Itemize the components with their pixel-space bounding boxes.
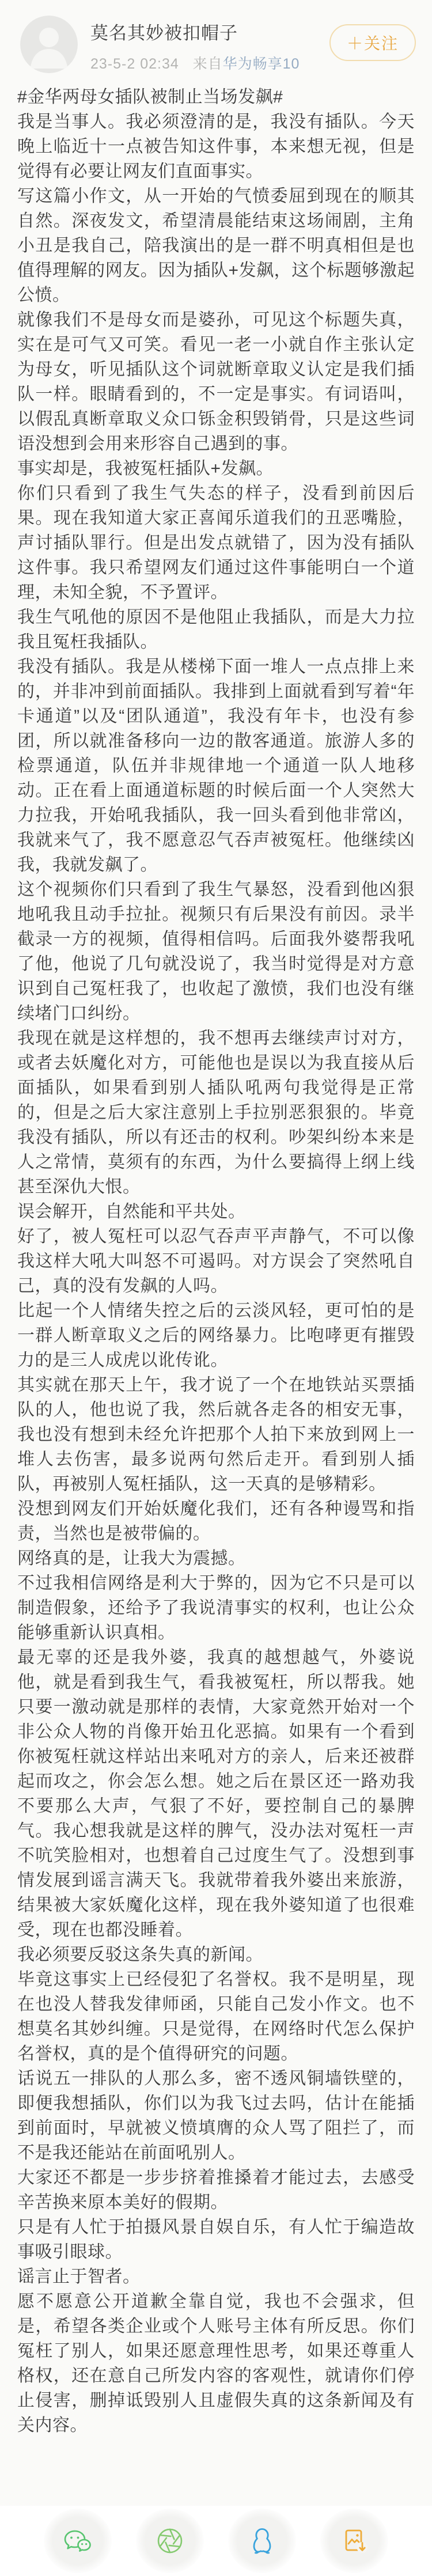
post-paragraph: 其实就在那天上午，我才说了一个在地铁站买票插队的人，他也说了我，然后就各走各的相… xyxy=(17,1373,415,1497)
moments-icon xyxy=(155,2526,185,2556)
share-moments-button[interactable] xyxy=(136,2509,204,2573)
post-paragraph: 比起一个人情绪失控之后的云淡风轻，更可怕的是一群人断章取义之后的网络暴力。比咆哮… xyxy=(17,1298,415,1373)
weibo-post-page: 莫名其妙被扣帽子 23-5-2 02:34 来自华为畅享10 ＋关注 #金华两母… xyxy=(0,0,432,2576)
post-paragraph: 网络真的是，让我大为震撼。 xyxy=(17,1546,415,1571)
post-subline: 23-5-2 02:34 来自华为畅享10 xyxy=(90,52,300,73)
wechat-icon xyxy=(63,2526,93,2556)
source-device-link[interactable]: 华为畅享10 xyxy=(223,56,300,72)
post-paragraph: 谣言止于智者。 xyxy=(17,2264,415,2289)
post-paragraph: 没想到网友们开始妖魔化我们，还有各种谩骂和指责，当然也是被带偏的。 xyxy=(17,1497,415,1546)
follow-button[interactable]: ＋关注 xyxy=(329,24,416,61)
post-paragraph: 写这篇小作文，从一开始的气愤委屈到现在的顺其自然。深夜发文，希望清晨能结束这场闹… xyxy=(17,184,415,308)
source-prefix: 来自 xyxy=(193,56,223,72)
share-bar xyxy=(0,2506,432,2576)
hashtag[interactable]: #金华两母女插队被制止当场发飙# xyxy=(17,85,415,109)
post-paragraph: 这个视频你们只看到了我生气暴怒，没看到他凶狠地吼我且动手拉扯。视频只有后果没有前… xyxy=(17,877,415,1026)
post-paragraph: 你们只看到了我生气失态的样子，没看到前因后果。现在我知道大家正喜闻乐道我们的丑恶… xyxy=(17,481,415,605)
save-image-icon xyxy=(339,2526,369,2556)
post-paragraph: 大家还不都是一步步挤着推搡着才能过去，去感受辛苦换来原本美好的假期。 xyxy=(17,2165,415,2215)
qq-icon xyxy=(247,2526,277,2556)
default-avatar-icon xyxy=(20,16,78,73)
share-wechat-button[interactable] xyxy=(44,2509,112,2573)
post-paragraph: 我生气吼他的原因不是他阻止我插队，而是大力拉我且冤枉我插队。 xyxy=(17,605,415,654)
username[interactable]: 莫名其妙被扣帽子 xyxy=(90,18,300,44)
post-content: #金华两母女插队被制止当场发飙# 我是当事人。我必须澄清的是，我没有插队。今天晚… xyxy=(0,81,432,2506)
post-paragraph: 误会解开，自然能和平共处。 xyxy=(17,1199,415,1224)
post-paragraph: 我现在就是这样想的，我不想再去继续声讨对方，或者去妖魔化对方，可能他也是误以为我… xyxy=(17,1026,415,1199)
post-paragraph: 毕竟这事实上已经侵犯了名誉权。我不是明星，现在也没人替我发律师函，只能自己发小作… xyxy=(17,1967,415,2066)
header-meta: 莫名其妙被扣帽子 23-5-2 02:34 来自华为畅享10 xyxy=(90,15,300,73)
post-paragraph: 我没有插队。我是从楼梯下面一堆人一点点排上来的，并非冲到前面插队。我排到上面就看… xyxy=(17,654,415,877)
save-image-button[interactable] xyxy=(320,2509,388,2573)
post-paragraph: 最无辜的还是我外婆，我真的越想越气，外婆说他，就是看到我生气，看我被冤枉，所以帮… xyxy=(17,1645,415,1942)
post-paragraph: 不过我相信网络是利大于弊的，因为它不只是可以制造假象，还给予了我说清事实的权利，… xyxy=(17,1571,415,1645)
avatar[interactable] xyxy=(20,16,78,73)
post-paragraph: 好了，被人冤枉可以忍气吞声平声静气，不可以像我这样大吼大叫怒不可遏吗。对方误会了… xyxy=(17,1224,415,1298)
post-paragraph: 就像我们不是母女而是婆孙，可见这个标题失真，实在是可气又可笑。看见一老一小就自作… xyxy=(17,308,415,456)
post-paragraph: 话说五一排队的人那么多，密不透风铜墙铁壁的，即便我想插队，你们以为我飞过去吗，估… xyxy=(17,2066,415,2165)
post-paragraph: 事实却是，我被冤枉插队+发飙。 xyxy=(17,456,415,481)
post-paragraph: 我必须要反驳这条失真的新闻。 xyxy=(17,1942,415,1967)
post-header: 莫名其妙被扣帽子 23-5-2 02:34 来自华为畅享10 ＋关注 xyxy=(0,0,432,81)
post-paragraph: 愿不愿意公开道歉全靠自觉，我也不会强求，但是，希望各类企业或个人账号主体有所反思… xyxy=(17,2289,415,2438)
timestamp: 23-5-2 02:34 xyxy=(90,56,179,72)
post-paragraph: 只是有人忙于拍摄风景自娱自乐，有人忙于编造故事吸引眼球。 xyxy=(17,2215,415,2264)
post-paragraph: 我是当事人。我必须澄清的是，我没有插队。今天晚上临近十一点被告知这件事，本来想无… xyxy=(17,109,415,184)
share-qq-button[interactable] xyxy=(228,2509,296,2573)
